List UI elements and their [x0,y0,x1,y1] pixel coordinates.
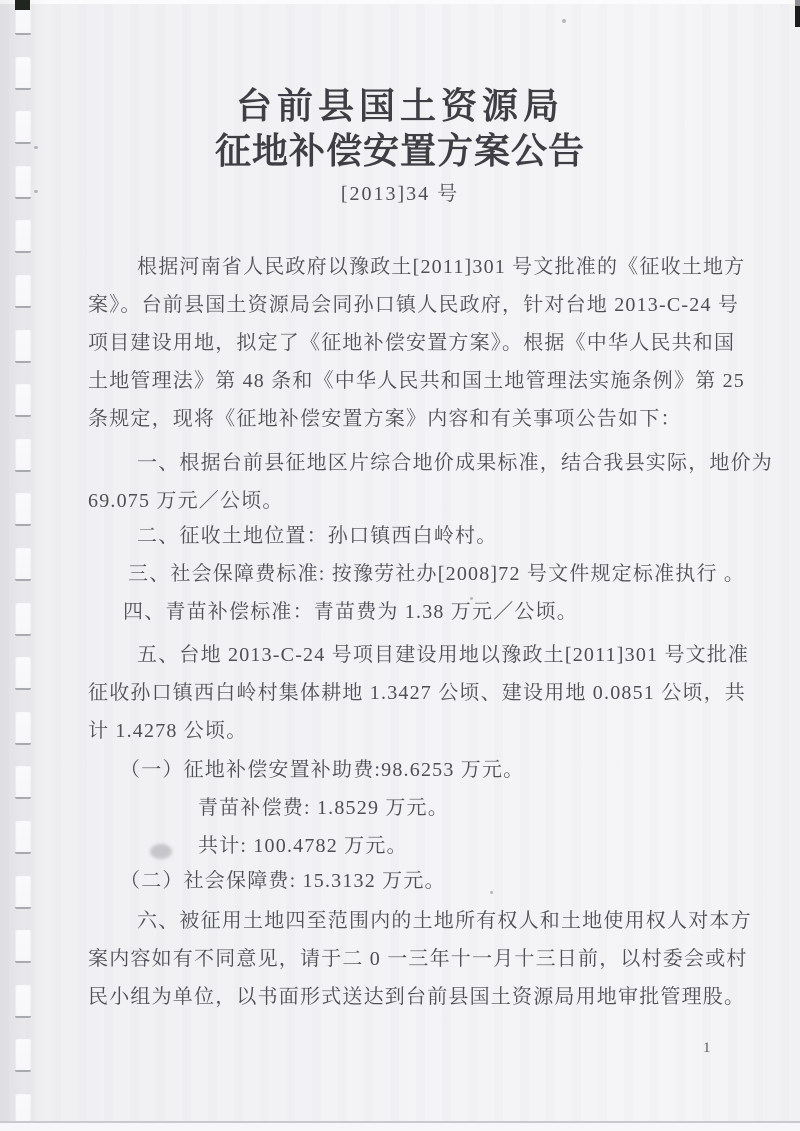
scan-speck [34,190,38,193]
binding-hole [15,220,31,253]
document-line: （一）征地补偿安置补助费:98.6253 万元。 [88,751,716,789]
document-line: 六、被征用土地四至范围内的土地所有权人和土地使用权人对本方 [88,902,716,940]
document-title-line-2: 征地补偿安置方案公告 [0,128,800,174]
scanner-background [0,1123,800,1131]
document-line: 项目建设用地，拟定了《征地补偿安置方案》。根据《中华人民共和国 [88,324,716,362]
document-line: 案内容如有不同意见，请于二 0 一三年十一月十三日前，以村委会或村 [88,940,716,978]
binding-hole [15,766,31,799]
document-line: 青苗补偿费: 1.8529 万元。 [88,789,716,827]
binding-hole [15,384,31,417]
binding-hole [15,1039,31,1072]
binding-hole [15,330,31,363]
document-title-line-1: 台前县国土资源局 [0,84,800,128]
document-body: 根据河南省人民政府以豫政土[2011]301 号文批准的《征收土地方案》。台前县… [88,248,716,1016]
scan-speck [490,891,493,894]
document-line: 四、青苗补偿标准：青苗费为 1.38 万元／公顷。 [88,593,716,631]
binding-hole [15,821,31,854]
binding-hole [15,985,31,1018]
document-line: 土地管理法》第 48 条和《中华人民共和国土地管理法实施条例》第 25 [88,362,716,400]
scan-speck [34,146,38,149]
document-line: 69.075 万元／公顷。 [88,482,716,520]
document-line: 条规定，现将《征地补偿安置方案》内容和有关事项公告如下： [88,400,716,438]
binding-hole [15,657,31,690]
document-line: （二）社会保障费: 15.3132 万元。 [88,862,716,900]
binding-hole [15,876,31,909]
document-line: 根据河南省人民政府以豫政土[2011]301 号文批准的《征收土地方 [88,248,716,286]
document-line: 五、台地 2013-C-24 号项目建设用地以豫政土[2011]301 号文批准 [88,636,716,674]
page-number: 1 [703,1040,711,1057]
binding-hole [15,275,31,308]
scan-speck [562,19,566,23]
scan-speck [470,597,473,600]
scan-smudge [150,844,172,859]
document-line: 一、根据台前县征地区片综合地价成果标准，结合我县实际，地价为 [88,444,716,482]
binding-hole [15,930,31,963]
document-line: 计 1.4278 公顷。 [88,712,716,750]
binding-hole [15,493,31,526]
document-line: 共计: 100.4782 万元。 [88,827,716,865]
document-line: 征收孙口镇西白岭村集体耕地 1.3427 公顷、建设用地 0.0851 公顷，共 [88,674,716,712]
document-title: 台前县国土资源局 征地补偿安置方案公告 [0,84,800,174]
binding-hole [15,439,31,472]
binding-hole [15,712,31,745]
document-number: [2013]34 号 [0,177,800,206]
binding-hole [15,603,31,636]
document-line: 案》。台前县国土资源局会同孙口镇人民政府，针对台地 2013-C-24 号 [88,286,716,324]
document-line: 二、征收土地位置：孙口镇西白岭村。 [88,517,716,555]
document-line: 三、社会保障费标准: 按豫劳社办[2008]72 号文件规定标准执行 。 [88,555,716,593]
scanned-document-page: 台前县国土资源局 征地补偿安置方案公告 [2013]34 号 根据河南省人民政府… [0,0,800,1131]
scan-corner-mark [795,0,800,27]
binding-hole [15,548,31,581]
paper-top-edge [0,0,800,4]
binding-hole-dark-mark [15,0,30,10]
document-line: 民小组为单位，以书面形式送达到台前县国土资源局用地审批管理股。 [88,978,716,1016]
